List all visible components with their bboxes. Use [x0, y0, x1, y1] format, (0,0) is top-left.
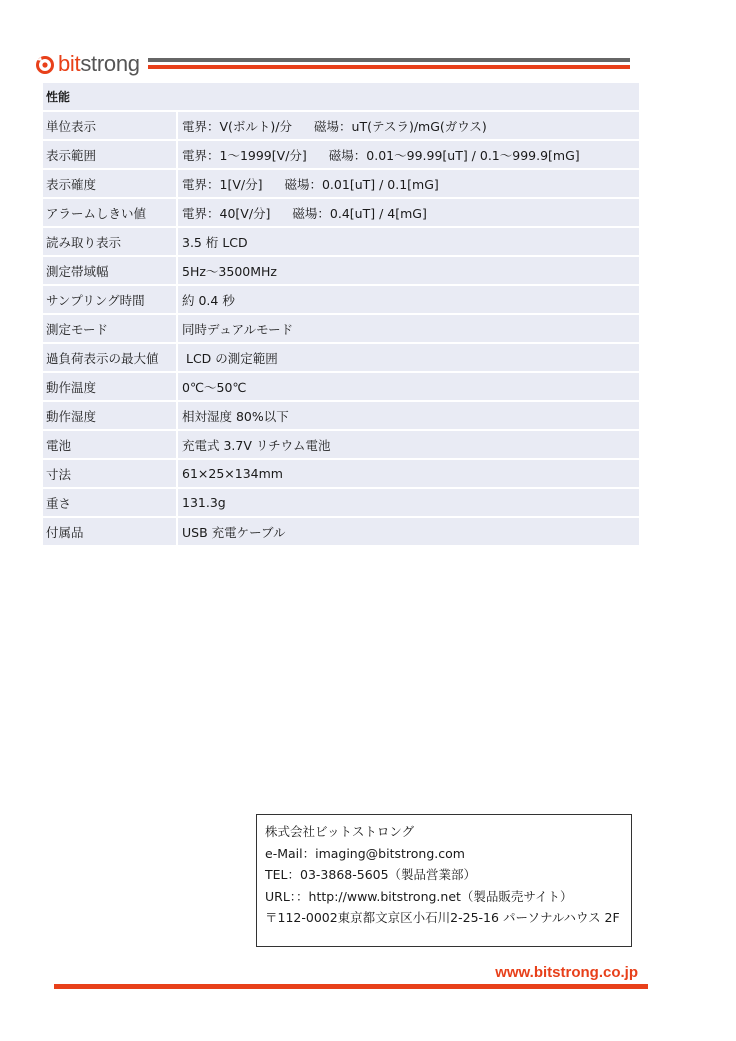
- row-value: LCD の測定範囲: [178, 344, 639, 373]
- row-value: 5Hz～3500MHz: [178, 257, 639, 286]
- table-row: 動作湿度 相対湿度 80%以下: [43, 402, 639, 431]
- row-label: 重さ: [43, 489, 178, 518]
- company-name: 株式会社ビットストロング: [265, 821, 631, 843]
- spec-table: 性能 単位表示 電界：V(ボルト)/分磁場：uT(テスラ)/mG(ガウス) 表示…: [43, 83, 639, 545]
- row-value: 充電式 3.7V リチウム電池: [178, 431, 639, 460]
- section-title: 性能: [43, 83, 639, 112]
- table-row: 寸法 61×25×134mm: [43, 460, 639, 489]
- header-gray-rule: [148, 58, 630, 62]
- table-row: 測定帯域幅 5Hz～3500MHz: [43, 257, 639, 286]
- table-row: 単位表示 電界：V(ボルト)/分磁場：uT(テスラ)/mG(ガウス): [43, 112, 639, 141]
- value-magnetic: 磁場：0.01[uT] / 0.1[mG]: [284, 177, 438, 192]
- table-row: 重さ 131.3g: [43, 489, 639, 518]
- row-value: 電界：40[V/分]磁場：0.4[uT] / 4[mG]: [178, 199, 639, 228]
- bitstrong-swirl-logo-icon: [36, 56, 54, 74]
- row-value: 61×25×134mm: [178, 460, 639, 489]
- row-label: 動作温度: [43, 373, 178, 402]
- row-value: 電界：1～1999[V/分]磁場：0.01～99.99[uT] / 0.1～99…: [178, 141, 639, 170]
- value-electric: 電界：V(ボルト)/分: [182, 119, 292, 134]
- table-row: 表示範囲 電界：1～1999[V/分]磁場：0.01～99.99[uT] / 0…: [43, 141, 639, 170]
- value-magnetic: 磁場：0.01～99.99[uT] / 0.1～999.9[mG]: [329, 148, 580, 163]
- table-row: 読み取り表示 3.5 桁 LCD: [43, 228, 639, 257]
- row-value: 電界：1[V/分]磁場：0.01[uT] / 0.1[mG]: [178, 170, 639, 199]
- row-label: 付属品: [43, 518, 178, 545]
- contact-info-box: 株式会社ビットストロング e-Mail：imaging@bitstrong.co…: [256, 814, 632, 947]
- row-label: 寸法: [43, 460, 178, 489]
- row-value: 0℃～50℃: [178, 373, 639, 402]
- row-value: 約 0.4 秒: [178, 286, 639, 315]
- spec-section-header: 性能: [43, 83, 639, 112]
- row-label: アラームしきい値: [43, 199, 178, 228]
- table-row: 付属品 USB 充電ケーブル: [43, 518, 639, 545]
- table-row: 測定モード 同時デュアルモード: [43, 315, 639, 344]
- row-label: 表示確度: [43, 170, 178, 199]
- row-value: USB 充電ケーブル: [178, 518, 639, 545]
- contact-url[interactable]: URL：：http://www.bitstrong.net（製品販売サイト）: [265, 886, 631, 908]
- contact-phone: TEL：03-3868-5605（製品営業部）: [265, 864, 631, 886]
- logo-wordmark: bitstrong: [58, 50, 140, 78]
- header-red-rule: [148, 65, 630, 69]
- row-label: 単位表示: [43, 112, 178, 141]
- row-value: 同時デュアルモード: [178, 315, 639, 344]
- table-row: 表示確度 電界：1[V/分]磁場：0.01[uT] / 0.1[mG]: [43, 170, 639, 199]
- value-magnetic: 磁場：0.4[uT] / 4[mG]: [292, 206, 426, 221]
- table-row: 電池 充電式 3.7V リチウム電池: [43, 431, 639, 460]
- bitstrong-logo: bitstrong: [36, 50, 140, 78]
- row-label: 電池: [43, 431, 178, 460]
- row-value: 電界：V(ボルト)/分磁場：uT(テスラ)/mG(ガウス): [178, 112, 639, 141]
- row-value: 相対湿度 80%以下: [178, 402, 639, 431]
- row-label: 過負荷表示の最大値: [43, 344, 178, 373]
- row-label: 測定帯域幅: [43, 257, 178, 286]
- table-row: サンプリング時間 約 0.4 秒: [43, 286, 639, 315]
- value-electric: 電界：40[V/分]: [182, 206, 270, 221]
- page-header: bitstrong: [36, 50, 630, 80]
- contact-email[interactable]: e-Mail：imaging@bitstrong.com: [265, 843, 631, 865]
- row-label: 表示範囲: [43, 141, 178, 170]
- value-electric: 電界：1～1999[V/分]: [182, 148, 307, 163]
- row-value: 3.5 桁 LCD: [178, 228, 639, 257]
- row-label: 読み取り表示: [43, 228, 178, 257]
- table-row: アラームしきい値 電界：40[V/分]磁場：0.4[uT] / 4[mG]: [43, 199, 639, 228]
- contact-address: 〒112-0002東京都文京区小石川2-25-16 パーソナルハウス 2F: [265, 907, 631, 929]
- row-label: 動作湿度: [43, 402, 178, 431]
- footer-website-link[interactable]: www.bitstrong.co.jp: [495, 964, 638, 981]
- row-value: 131.3g: [178, 489, 639, 518]
- table-row: 過負荷表示の最大値 LCD の測定範囲: [43, 344, 639, 373]
- row-label: 測定モード: [43, 315, 178, 344]
- value-magnetic: 磁場：uT(テスラ)/mG(ガウス): [314, 119, 487, 134]
- footer-red-rule: [54, 984, 648, 989]
- row-label: サンプリング時間: [43, 286, 178, 315]
- table-row: 動作温度 0℃～50℃: [43, 373, 639, 402]
- value-electric: 電界：1[V/分]: [182, 177, 262, 192]
- logo-text-accent: bit: [58, 51, 80, 76]
- logo-text-rest: strong: [80, 51, 139, 76]
